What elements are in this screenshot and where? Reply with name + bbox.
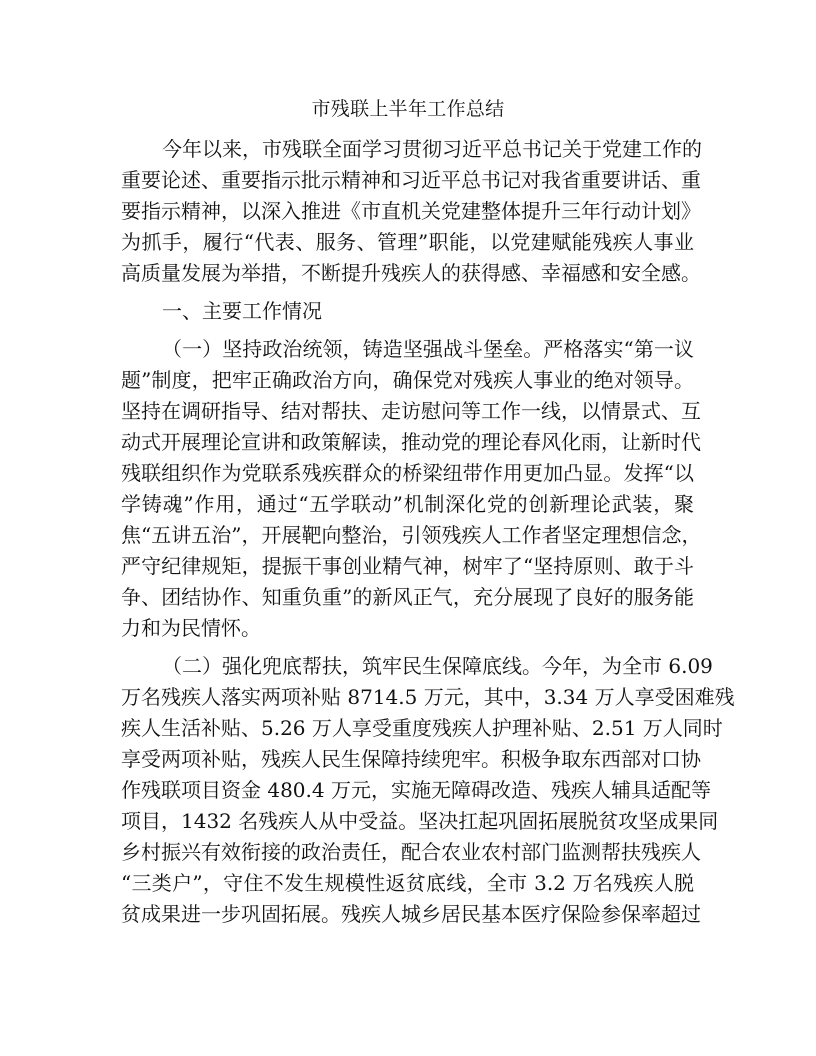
paragraph-line: 贫成果进一步巩固拓展。残疾人城乡居民基本医疗保险参保率超过 — [121, 901, 694, 927]
paragraph-line: 为抓手，履行“代表、服务、管理”职能，以党建赋能残疾人事业 — [121, 229, 694, 255]
paragraph-line: 万名残疾人落实两项补贴 8714.5 万元，其中，3.34 万人享受困难残 — [121, 684, 694, 710]
document-page: 市残联上半年工作总结 今年以来，市残联全面学习贯彻习近平总书记关于党建工作的 重… — [0, 0, 816, 1056]
paragraph-line: （二）强化兜底帮扶，筑牢民生保障底线。今年，为全市 6.09 — [162, 653, 694, 679]
paragraph-line: “三类户”，守住不发生规模性返贫底线，全市 3.2 万名残疾人脱 — [121, 870, 694, 896]
paragraph-line: 焦“五讲五治”，开展靶向整治，引领残疾人工作者坚定理想信念， — [121, 522, 694, 548]
paragraph-line: 项目，1432 名残疾人从中受益。坚决扛起巩固拓展脱贫攻坚成果同 — [121, 808, 694, 834]
paragraph-line: 学铸魂”作用，通过“五学联动”机制深化党的创新理论武装，聚 — [121, 491, 694, 517]
paragraph-line: 高质量发展为举措，不断提升残疾人的获得感、幸福感和安全感。 — [121, 260, 694, 286]
paragraph-line: 严守纪律规矩，提振干事创业精气神，树牢了“坚持原则、敢于斗 — [121, 553, 694, 579]
document-title: 市残联上半年工作总结 — [0, 97, 816, 121]
paragraph-line: 残联组织作为党联系残疾群众的桥梁纽带作用更加凸显。发挥“以 — [121, 460, 694, 486]
paragraph-line: 作残联项目资金 480.4 万元，实施无障碍改造、残疾人辅具适配等 — [121, 777, 694, 803]
paragraph-line: 争、团结协作、知重负重”的新风正气，充分展现了良好的服务能 — [121, 584, 694, 610]
paragraph-line: 坚持在调研指导、结对帮扶、走访慰问等工作一线，以情景式、互 — [121, 398, 694, 424]
paragraph-line: 享受两项补贴，残疾人民生保障持续兜牢。积极争取东西部对口协 — [121, 746, 694, 772]
paragraph-line: （一）坚持政治统领，铸造坚强战斗堡垒。严格落实“第一议 — [162, 336, 694, 362]
paragraph-line: 乡村振兴有效衔接的政治责任，配合农业农村部门监测帮扶残疾人 — [121, 839, 694, 865]
paragraph-line: 力和为民情怀。 — [121, 615, 694, 641]
paragraph-line: 题”制度，把牢正确政治方向，确保党对残疾人事业的绝对领导。 — [121, 367, 694, 393]
paragraph-line: 疾人生活补贴、5.26 万人享受重度残疾人护理补贴、2.51 万人同时 — [121, 715, 694, 741]
paragraph-line: 今年以来，市残联全面学习贯彻习近平总书记关于党建工作的 — [162, 136, 694, 162]
section-heading: 一、主要工作情况 — [162, 298, 694, 324]
paragraph-line: 要指示精神，以深入推进《市直机关党建整体提升三年行动计划》 — [121, 198, 694, 224]
paragraph-line: 重要论述、重要指示批示精神和习近平总书记对我省重要讲话、重 — [121, 167, 694, 193]
paragraph-line: 动式开展理论宣讲和政策解读，推动党的理论春风化雨，让新时代 — [121, 429, 694, 455]
